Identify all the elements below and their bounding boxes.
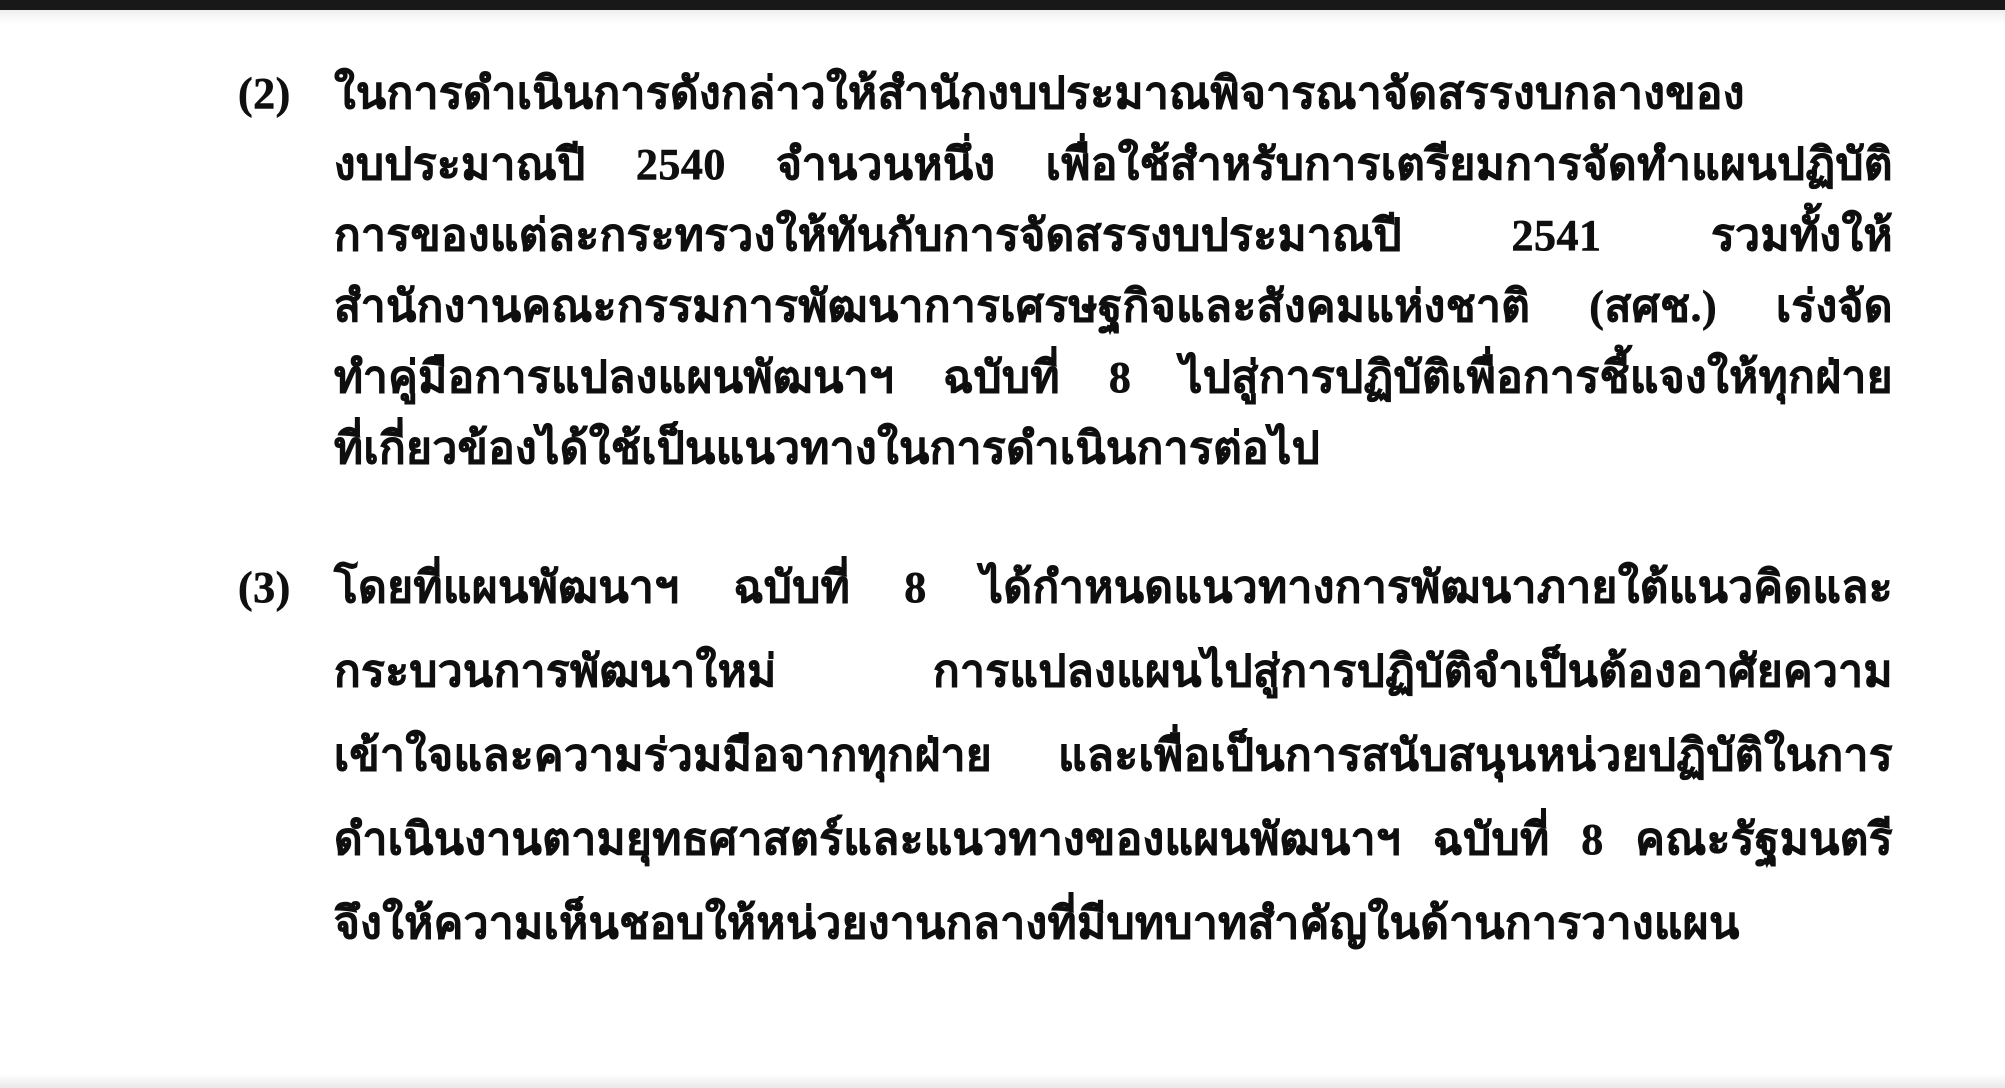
paragraph-body: ในการดำเนินการดังกล่าวให้สำนักงบประมาณพิ… — [334, 58, 1893, 484]
text-line: การของแต่ละกระทรวงให้ทันกับการจัดสรรงบปร… — [334, 200, 1893, 271]
document-page: (2) ในการดำเนินการดังกล่าวให้สำนักงบประม… — [238, 58, 1893, 966]
paragraph-number: (2) — [238, 58, 334, 129]
scanned-document: { "page": { "background_color": "#ffffff… — [0, 0, 2005, 1088]
scan-bottom-edge — [0, 1074, 2005, 1088]
scan-top-edge — [0, 0, 2005, 10]
text-line: ทำคู่มือการแปลงแผนพัฒนาฯ ฉบับที่ 8 ไปสู่… — [334, 342, 1893, 413]
paragraph-3: (3) โดยที่แผนพัฒนาฯ ฉบับที่ 8 ได้กำหนดแน… — [238, 546, 1893, 966]
text-line: งบประมาณปี 2540 จำนวนหนึ่ง เพื่อใช้สำหรั… — [334, 129, 1893, 200]
text-line: ดำเนินงานตามยุทธศาสตร์และแนวทางของแผนพัฒ… — [334, 798, 1893, 882]
text-line: สำนักงานคณะกรรมการพัฒนาการเศรษฐกิจและสัง… — [334, 271, 1893, 342]
text-line: ที่เกี่ยวข้องได้ใช้เป็นแนวทางในการดำเนิน… — [334, 413, 1893, 484]
text-line: ในการดำเนินการดังกล่าวให้สำนักงบประมาณพิ… — [334, 58, 1893, 129]
text-line: จึงให้ความเห็นชอบให้หน่วยงานกลางที่มีบทบ… — [334, 882, 1893, 966]
paragraph-2: (2) ในการดำเนินการดังกล่าวให้สำนักงบประม… — [238, 58, 1893, 484]
text-line: โดยที่แผนพัฒนาฯ ฉบับที่ 8 ได้กำหนดแนวทาง… — [334, 546, 1893, 630]
paragraph-number: (3) — [238, 546, 334, 630]
paragraph-body: โดยที่แผนพัฒนาฯ ฉบับที่ 8 ได้กำหนดแนวทาง… — [334, 546, 1893, 966]
text-line: เข้าใจและความร่วมมือจากทุกฝ่าย และเพื่อเ… — [334, 714, 1893, 798]
text-line: กระบวนการพัฒนาใหม่ การแปลงแผนไปสู่การปฏิ… — [334, 630, 1893, 714]
